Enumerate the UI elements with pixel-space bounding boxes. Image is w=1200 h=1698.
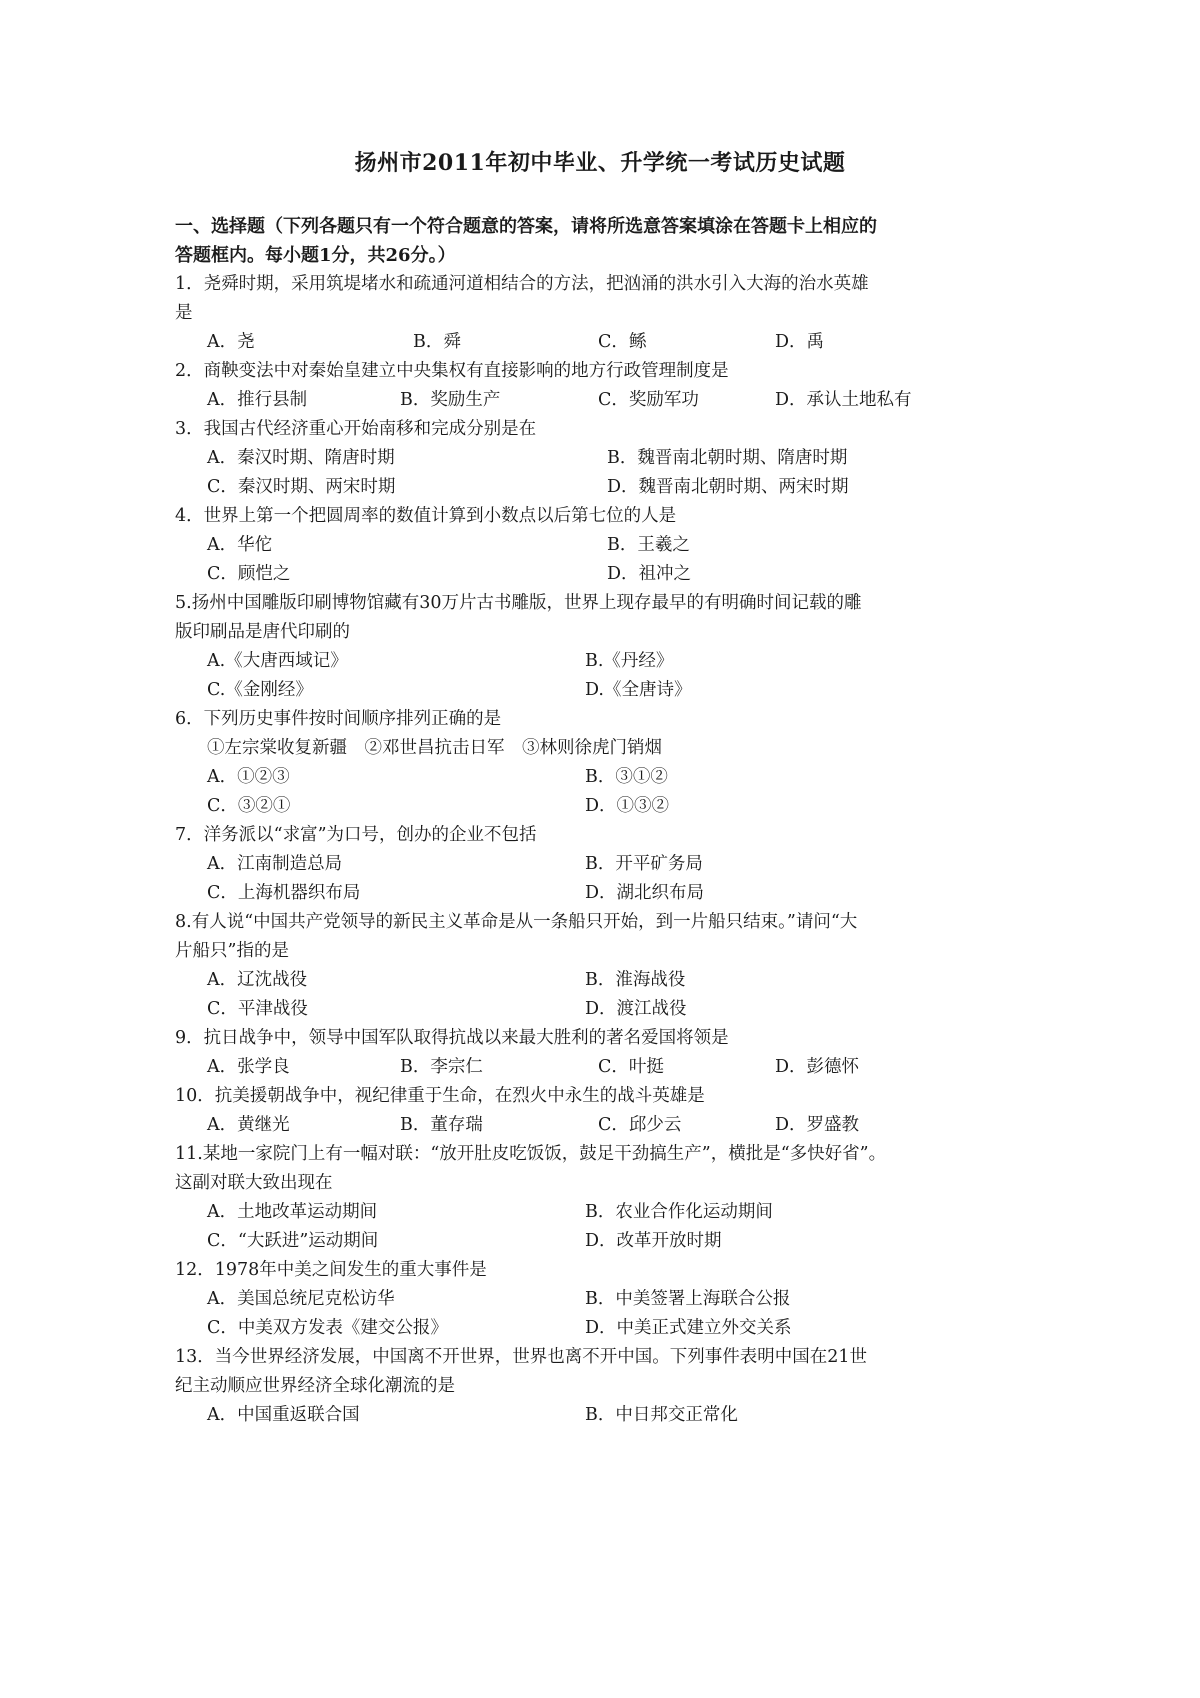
option-b: B.《丹经》 <box>585 647 673 676</box>
option-d: D．罗盛教 <box>775 1111 859 1140</box>
question-stem: 11.某地一家院门上有一幅对联：“放开肚皮吃饭饭，鼓足干劲搞生产”，横批是“多快… <box>175 1140 1035 1169</box>
option-c: C．秦汉时期、两宋时期 <box>207 473 395 502</box>
option-d: D．禹 <box>775 328 824 357</box>
option-a: A．张学良 <box>207 1053 290 1082</box>
question-stem: 3．我国古代经济重心开始南移和完成分别是在 <box>175 415 1035 444</box>
question-3: 3．我国古代经济重心开始南移和完成分别是在 A．秦汉时期、隋唐时期 B．魏晋南北… <box>175 415 1035 502</box>
option-a: A．土地改革运动期间 <box>207 1198 377 1227</box>
option-c: C．平津战役 <box>207 995 308 1024</box>
option-b: B．舜 <box>413 328 461 357</box>
option-row: A．秦汉时期、隋唐时期 B．魏晋南北朝时期、隋唐时期 <box>175 444 1035 473</box>
question-stem: 这副对联大致出现在 <box>175 1169 1035 1198</box>
question-list: 1．尧舜时期，采用筑堤堵水和疏通河道相结合的方法，把汹涌的洪水引入大海的治水英雄… <box>175 270 1035 1430</box>
option-row: C．平津战役 D．渡江战役 <box>175 995 1035 1024</box>
question-stem: 8.有人说“中国共产党领导的新民主义革命是从一条船只开始，到一片船只结束。”请问… <box>175 908 1035 937</box>
option-row: A．张学良 B．李宗仁 C．叶挺 D．彭德怀 <box>175 1053 1035 1082</box>
option-d: D．祖冲之 <box>607 560 691 589</box>
option-a: A．华佗 <box>207 531 272 560</box>
option-row: A．黄继光 B．董存瑞 C．邱少云 D．罗盛教 <box>175 1111 1035 1140</box>
option-a: A．黄继光 <box>207 1111 290 1140</box>
question-stem: 纪主动顺应世界经济全球化潮流的是 <box>175 1372 1035 1401</box>
option-b: B．奖励生产 <box>400 386 500 415</box>
question-stem: 1．尧舜时期，采用筑堤堵水和疏通河道相结合的方法，把汹涌的洪水引入大海的治水英雄 <box>175 270 1035 299</box>
question-stem: 版印刷品是唐代印刷的 <box>175 618 1035 647</box>
option-c: C．“大跃进”运动期间 <box>207 1227 378 1256</box>
question-stem: 5.扬州中国雕版印刷博物馆藏有30万片古书雕版，世界上现存最早的有明确时间记载的… <box>175 589 1035 618</box>
option-a: A．美国总统尼克松访华 <box>207 1285 395 1314</box>
option-d: D.《全唐诗》 <box>585 676 691 705</box>
question-8: 8.有人说“中国共产党领导的新民主义革命是从一条船只开始，到一片船只结束。”请问… <box>175 908 1035 1024</box>
option-b: B．淮海战役 <box>585 966 685 995</box>
option-row: C．③②① D．①③② <box>175 792 1035 821</box>
option-c: C．叶挺 <box>598 1053 664 1082</box>
section-heading: 一、选择题（下列各题只有一个符合题意的答案，请将所选意答案填涂在答题卡上相应的 … <box>175 212 1035 270</box>
option-c: C．中美双方发表《建交公报》 <box>207 1314 448 1343</box>
option-row: C．秦汉时期、两宋时期 D．魏晋南北朝时期、两宋时期 <box>175 473 1035 502</box>
option-a: A．江南制造总局 <box>207 850 342 879</box>
option-a: A．尧 <box>207 328 255 357</box>
option-row: A．美国总统尼克松访华 B．中美签署上海联合公报 <box>175 1285 1035 1314</box>
option-b: B．中日邦交正常化 <box>585 1401 738 1430</box>
question-2: 2．商鞅变法中对秦始皇建立中央集权有直接影响的地方行政管理制度是 A．推行县制 … <box>175 357 1035 415</box>
option-b: B．王羲之 <box>607 531 690 560</box>
option-row: C．中美双方发表《建交公报》 D．中美正式建立外交关系 <box>175 1314 1035 1343</box>
event-list: ①左宗棠收复新疆 ②邓世昌抗击日军 ③林则徐虎门销烟 <box>175 734 1035 763</box>
page-title: 扬州市2011年初中毕业、升学统一考试历史试题 <box>0 146 1200 177</box>
option-c: C．上海机器织布局 <box>207 879 360 908</box>
option-c: C．③②① <box>207 792 290 821</box>
option-a: A．中国重返联合国 <box>207 1401 360 1430</box>
option-b: B．农业合作化运动期间 <box>585 1198 773 1227</box>
option-a: A．①②③ <box>207 763 290 792</box>
option-a: A．秦汉时期、隋唐时期 <box>207 444 395 473</box>
option-d: D．彭德怀 <box>775 1053 859 1082</box>
option-row: A．①②③ B．③①② <box>175 763 1035 792</box>
option-b: B．开平矿务局 <box>585 850 703 879</box>
option-row: C．顾恺之 D．祖冲之 <box>175 560 1035 589</box>
option-d: D．中美正式建立外交关系 <box>585 1314 792 1343</box>
question-10: 10．抗美援朝战争中，视纪律重于生命，在烈火中永生的战斗英雄是 A．黄继光 B．… <box>175 1082 1035 1140</box>
question-stem: 7．洋务派以“求富”为口号，创办的企业不包括 <box>175 821 1035 850</box>
option-b: B．魏晋南北朝时期、隋唐时期 <box>607 444 847 473</box>
question-stem: 10．抗美援朝战争中，视纪律重于生命，在烈火中永生的战斗英雄是 <box>175 1082 1035 1111</box>
option-row: A．江南制造总局 B．开平矿务局 <box>175 850 1035 879</box>
option-row: C．“大跃进”运动期间 D．改革开放时期 <box>175 1227 1035 1256</box>
option-c: C．鲧 <box>598 328 646 357</box>
option-b: B．李宗仁 <box>400 1053 483 1082</box>
section-heading-line: 答题框内。每小题1分，共26分。） <box>175 241 1035 270</box>
question-11: 11.某地一家院门上有一幅对联：“放开肚皮吃饭饭，鼓足干劲搞生产”，横批是“多快… <box>175 1140 1035 1256</box>
question-stem: 13．当今世界经济发展，中国离不开世界，世界也离不开中国。下列事件表明中国在21… <box>175 1343 1035 1372</box>
question-6: 6．下列历史事件按时间顺序排列正确的是 ①左宗棠收复新疆 ②邓世昌抗击日军 ③林… <box>175 705 1035 821</box>
question-stem: 4．世界上第一个把圆周率的数值计算到小数点以后第七位的人是 <box>175 502 1035 531</box>
option-d: D．湖北织布局 <box>585 879 704 908</box>
option-d: D．改革开放时期 <box>585 1227 722 1256</box>
question-stem: 12．1978年中美之间发生的重大事件是 <box>175 1256 1035 1285</box>
question-stem: 2．商鞅变法中对秦始皇建立中央集权有直接影响的地方行政管理制度是 <box>175 357 1035 386</box>
option-a: A.《大唐西域记》 <box>207 647 348 676</box>
option-row: C．上海机器织布局 D．湖北织布局 <box>175 879 1035 908</box>
option-row: A．尧 B．舜 C．鲧 D．禹 <box>175 328 1035 357</box>
option-d: D．渡江战役 <box>585 995 687 1024</box>
question-stem: 9．抗日战争中，领导中国军队取得抗战以来最大胜利的著名爱国将领是 <box>175 1024 1035 1053</box>
option-b: B．③①② <box>585 763 668 792</box>
option-row: A．中国重返联合国 B．中日邦交正常化 <box>175 1401 1035 1430</box>
option-c: C．奖励军功 <box>598 386 699 415</box>
option-a: A．推行县制 <box>207 386 307 415</box>
option-a: A．辽沈战役 <box>207 966 307 995</box>
exam-page: 扬州市2011年初中毕业、升学统一考试历史试题 一、选择题（下列各题只有一个符合… <box>0 0 1200 1698</box>
option-c: C．顾恺之 <box>207 560 290 589</box>
question-stem: 是 <box>175 299 1035 328</box>
option-c: C．邱少云 <box>598 1111 681 1140</box>
question-5: 5.扬州中国雕版印刷博物馆藏有30万片古书雕版，世界上现存最早的有明确时间记载的… <box>175 589 1035 705</box>
question-1: 1．尧舜时期，采用筑堤堵水和疏通河道相结合的方法，把汹涌的洪水引入大海的治水英雄… <box>175 270 1035 357</box>
option-d: D．承认土地私有 <box>775 386 912 415</box>
option-d: D．①③② <box>585 792 669 821</box>
option-row: A．推行县制 B．奖励生产 C．奖励军功 D．承认土地私有 <box>175 386 1035 415</box>
option-d: D．魏晋南北朝时期、两宋时期 <box>607 473 849 502</box>
question-9: 9．抗日战争中，领导中国军队取得抗战以来最大胜利的著名爱国将领是 A．张学良 B… <box>175 1024 1035 1082</box>
section-heading-line: 一、选择题（下列各题只有一个符合题意的答案，请将所选意答案填涂在答题卡上相应的 <box>175 212 1035 241</box>
question-stem: 6．下列历史事件按时间顺序排列正确的是 <box>175 705 1035 734</box>
question-stem: 片船只”指的是 <box>175 937 1035 966</box>
question-13: 13．当今世界经济发展，中国离不开世界，世界也离不开中国。下列事件表明中国在21… <box>175 1343 1035 1430</box>
option-row: C.《金刚经》 D.《全唐诗》 <box>175 676 1035 705</box>
option-b: B．中美签署上海联合公报 <box>585 1285 790 1314</box>
option-row: A．华佗 B．王羲之 <box>175 531 1035 560</box>
option-c: C.《金刚经》 <box>207 676 313 705</box>
option-row: A．辽沈战役 B．淮海战役 <box>175 966 1035 995</box>
option-row: A.《大唐西域记》 B.《丹经》 <box>175 647 1035 676</box>
question-12: 12．1978年中美之间发生的重大事件是 A．美国总统尼克松访华 B．中美签署上… <box>175 1256 1035 1343</box>
question-4: 4．世界上第一个把圆周率的数值计算到小数点以后第七位的人是 A．华佗 B．王羲之… <box>175 502 1035 589</box>
question-7: 7．洋务派以“求富”为口号，创办的企业不包括 A．江南制造总局 B．开平矿务局 … <box>175 821 1035 908</box>
option-row: A．土地改革运动期间 B．农业合作化运动期间 <box>175 1198 1035 1227</box>
option-b: B．董存瑞 <box>400 1111 483 1140</box>
